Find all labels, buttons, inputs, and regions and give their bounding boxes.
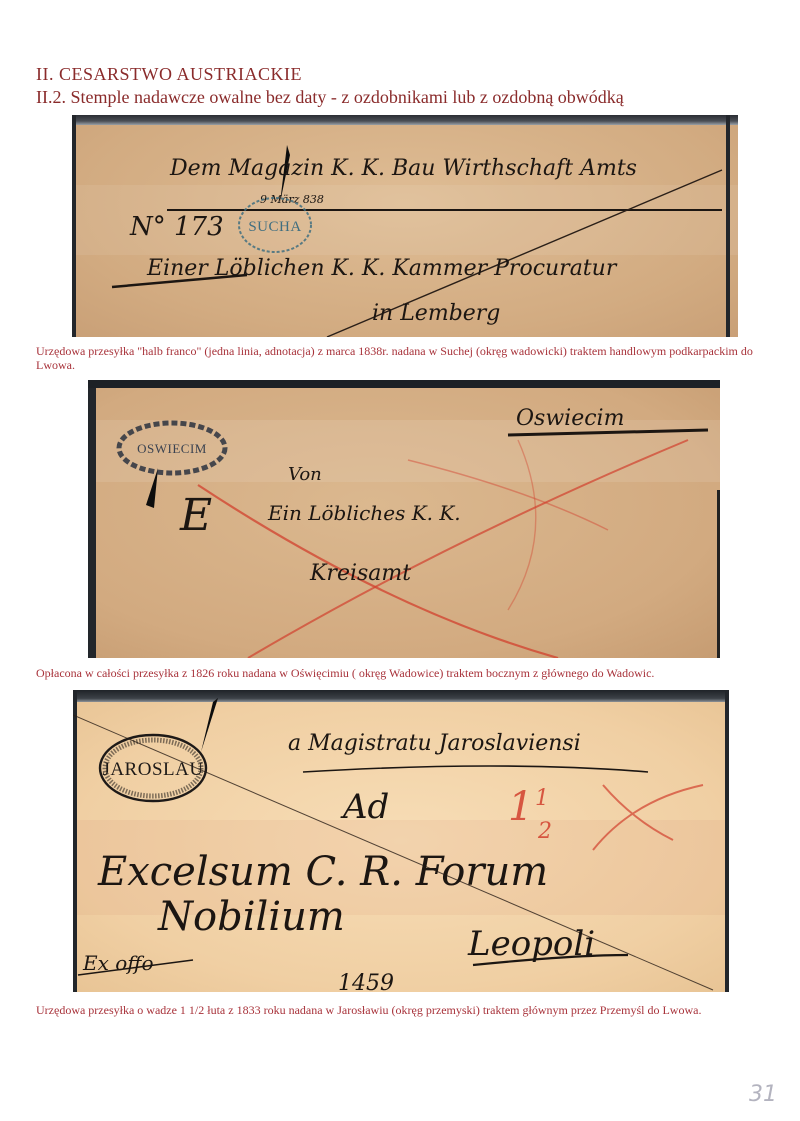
postmark-jaroslau: JAROSLAU bbox=[100, 735, 206, 801]
svg-text:1: 1 bbox=[508, 784, 533, 830]
address-line-1: Dem Magazin K. K. Bau Wirthschaft Amts bbox=[169, 156, 637, 181]
svg-text:2: 2 bbox=[537, 819, 552, 844]
ad-line: Ad bbox=[340, 787, 389, 827]
postmark-oswiecim: OSWIECIM bbox=[119, 423, 225, 473]
registration-number: N° 173 bbox=[129, 212, 224, 242]
caption-2: Opłacona w całości przesyłka z 1826 roku… bbox=[36, 666, 766, 680]
salutation: Von bbox=[288, 464, 322, 485]
svg-text:JAROSLAU: JAROSLAU bbox=[102, 759, 203, 780]
destination: Leopoli bbox=[467, 924, 595, 964]
origin-note: Oswiecim bbox=[516, 406, 624, 431]
address-line-1: Excelsum C. R. Forum bbox=[97, 849, 548, 895]
reference-number: 1459 bbox=[338, 971, 394, 992]
address-line-2: Einer Löblichen K. K. Kammer Procuratur bbox=[146, 256, 618, 281]
letter-image-oswiecim: Oswiecim Von E Ein Löbliches K. K. Kreis… bbox=[88, 380, 720, 658]
postmark-sucha: SUCHA bbox=[239, 198, 311, 252]
ex-offo-note: Ex offo bbox=[82, 951, 154, 975]
address-line-3: in Lemberg bbox=[372, 301, 500, 326]
letter-image-sucha: Dem Magazin K. K. Bau Wirthschaft Amts N… bbox=[72, 115, 738, 337]
caption-1: Urzędowa przesyłka "halb franco" (jedna … bbox=[36, 344, 766, 372]
caption-3: Urzędowa przesyłka o wadze 1 1/2 łuta z … bbox=[36, 1003, 766, 1017]
date-note: 9 März 838 bbox=[260, 193, 324, 206]
address-line-2: Nobilium bbox=[157, 894, 345, 940]
sender-line: a Magistratu Jaroslaviensi bbox=[288, 731, 581, 756]
address-line-2: Kreisamt bbox=[309, 561, 411, 586]
svg-text:E: E bbox=[179, 490, 212, 541]
svg-text:OSWIECIM: OSWIECIM bbox=[137, 441, 207, 456]
page-number: 31 bbox=[749, 1082, 777, 1107]
svg-text:1: 1 bbox=[535, 786, 549, 811]
subsection-title: II.2. Stemple nadawcze owalne bez daty -… bbox=[36, 87, 624, 108]
svg-text:SUCHA: SUCHA bbox=[248, 219, 301, 235]
letter-image-jaroslau: 1 1 2 a Magistratu Jaroslaviensi Ad Exce… bbox=[73, 690, 729, 992]
section-title: II. CESARSTWO AUSTRIACKIE bbox=[36, 64, 302, 85]
address-line-1: Ein Löbliches K. K. bbox=[267, 501, 461, 525]
